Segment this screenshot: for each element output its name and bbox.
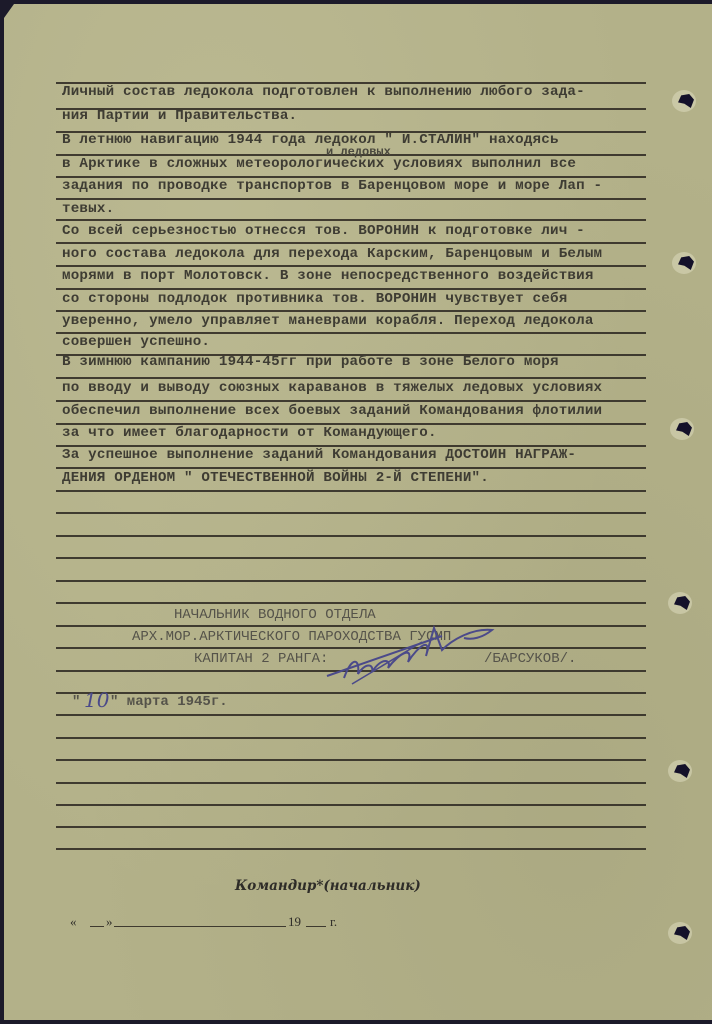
body-line: ного состава ледокола для перехода Карск… bbox=[62, 246, 602, 262]
handwritten-signature bbox=[322, 616, 512, 696]
body-line: Со всей серьезностью отнесся тов. ВОРОНИ… bbox=[62, 223, 585, 239]
body-line: За успешное выполнение заданий Командова… bbox=[62, 447, 576, 463]
body-line: уверенно, умело управляет маневрами кора… bbox=[62, 313, 594, 329]
body-line: Личный состав ледокола подготовлен к вып… bbox=[62, 84, 585, 100]
body-line: совершен успешно. bbox=[62, 334, 210, 350]
date-close-bracket: » bbox=[106, 914, 113, 930]
date-open-bracket: « bbox=[70, 914, 77, 930]
year-prefix: 19 bbox=[288, 914, 301, 930]
document-page: Личный состав ледокола подготовлен к вып… bbox=[4, 4, 712, 1020]
date-month-year: " марта 1945г. bbox=[110, 694, 228, 710]
body-line: ния Партии и Правительства. bbox=[62, 108, 297, 124]
date-open-quote: " bbox=[72, 694, 80, 710]
commander-label: Командир*(начальник) bbox=[235, 878, 421, 894]
signer-rank: КАПИТАН 2 РАНГА: bbox=[194, 651, 328, 667]
body-line: за что имеет благодарности от Командующе… bbox=[62, 425, 437, 441]
body-line: морями в порт Молотовск. В зоне непосред… bbox=[62, 268, 594, 284]
year-suffix: г. bbox=[330, 914, 337, 930]
body-line: ДЕНИЯ ОРДЕНОМ " ОТЕЧЕСТВЕННОЙ ВОЙНЫ 2-Й … bbox=[62, 470, 489, 486]
date-day-handwritten: 10 bbox=[84, 688, 109, 712]
body-line: В зимнюю кампанию 1944-45гг при работе в… bbox=[62, 354, 559, 370]
body-line: тевых. bbox=[62, 201, 114, 217]
body-line: со стороны подлодок противника тов. ВОРО… bbox=[62, 291, 567, 307]
body-line: В летнюю навигацию 1944 года ледокол " И… bbox=[62, 132, 559, 148]
body-line: задания по проводке транспортов в Баренц… bbox=[62, 178, 602, 194]
body-line: обеспечил выполнение всех боевых заданий… bbox=[62, 403, 602, 419]
body-line: в Арктике в сложных метеорологических ус… bbox=[62, 156, 576, 172]
body-line: по вводу и выводу союзных караванов в тя… bbox=[62, 380, 602, 396]
